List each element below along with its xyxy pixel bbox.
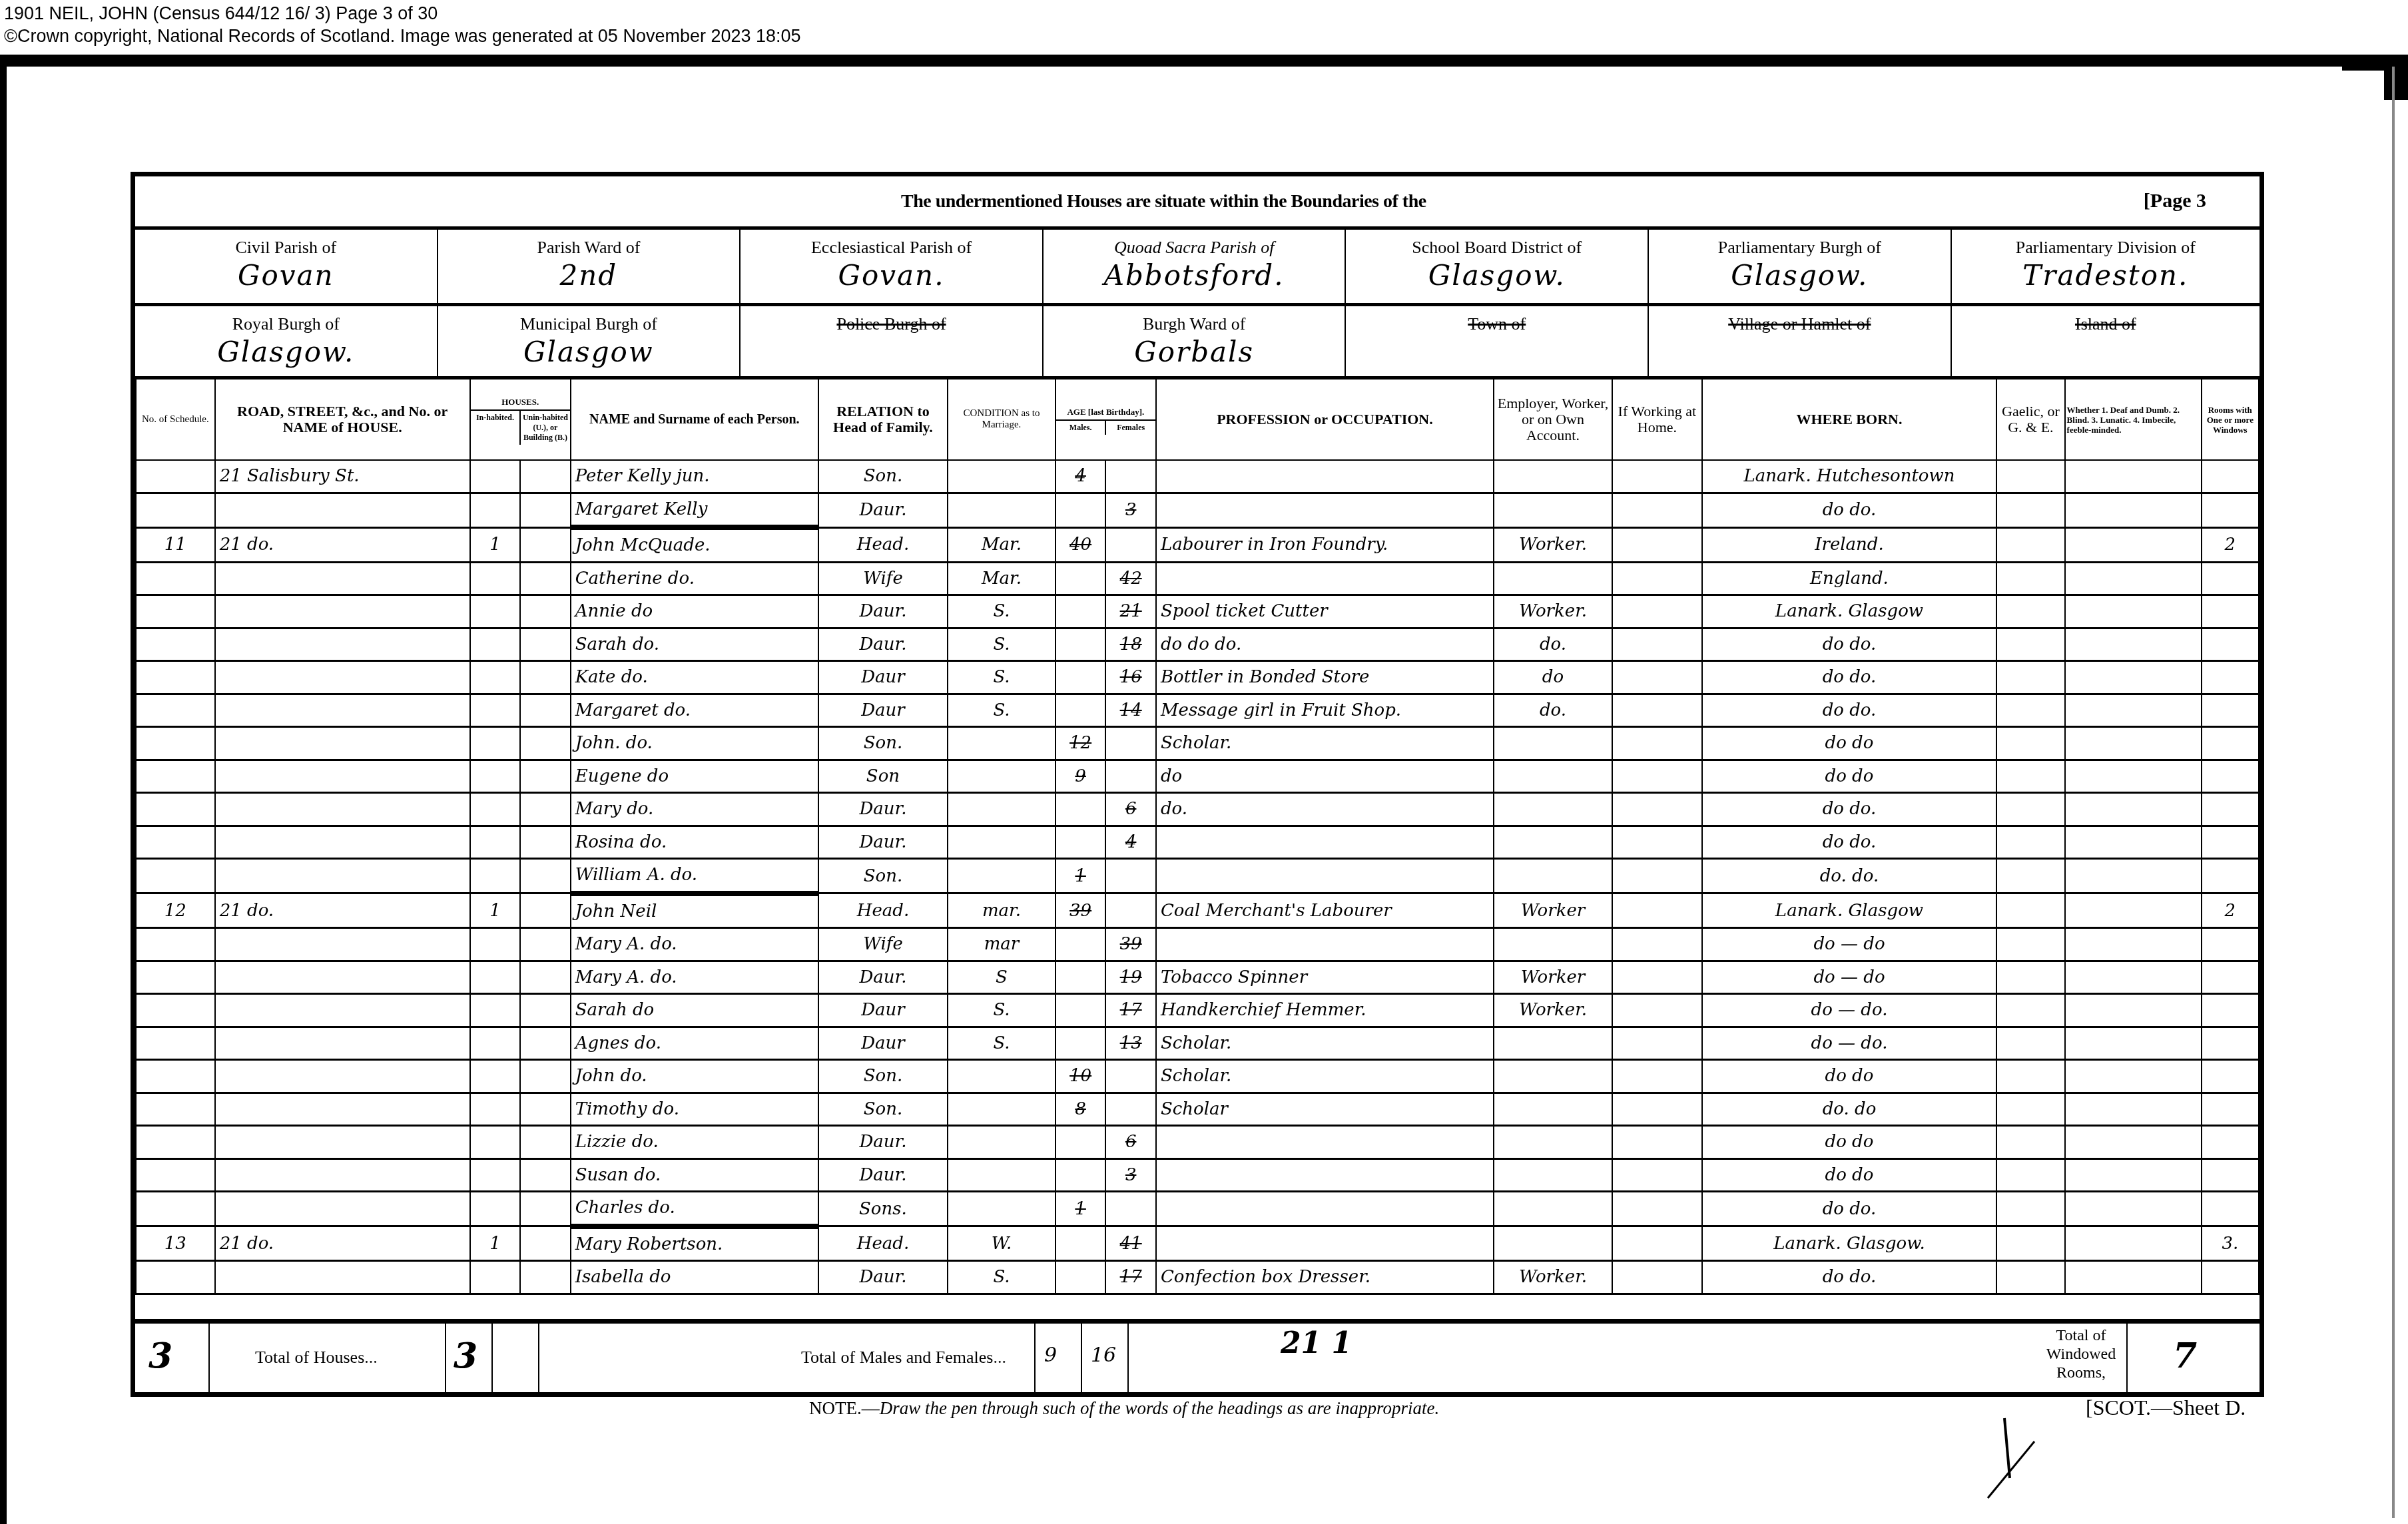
cell-occupation	[1156, 1158, 1494, 1192]
table-row: Margaret do.DaurS.14Message girl in Frui…	[136, 694, 2259, 727]
cell-gaelic	[1996, 961, 2064, 994]
cell-road	[215, 1126, 470, 1159]
cell-occupation: Handkerchief Hemmer.	[1156, 994, 1494, 1027]
cell-relation: Wife	[818, 928, 948, 961]
cell-schedule	[136, 793, 215, 826]
cell-schedule	[136, 961, 215, 994]
cell-condition: mar	[948, 928, 1055, 961]
scan-corner-mark-2	[2384, 67, 2408, 100]
cell-rooms: 2	[2202, 527, 2259, 562]
sheet-title: The undermentioned Houses are situate wi…	[901, 191, 1426, 212]
cell-relation: Daur.	[818, 595, 948, 629]
cell-where-born: do do.	[1702, 661, 1996, 694]
cell-schedule	[136, 1192, 215, 1226]
cell-uninhabited	[520, 893, 571, 928]
cell-employer	[1494, 928, 1612, 961]
cell-occupation: Labourer in Iron Foundry.	[1156, 527, 1494, 562]
cell-schedule	[136, 1126, 215, 1159]
cell-infirmity	[2065, 1093, 2202, 1126]
cell-uninhabited	[520, 1158, 571, 1192]
cell-age-male	[1055, 994, 1106, 1027]
cell-road: 21 do.	[215, 527, 470, 562]
cell-gaelic	[1996, 1261, 2064, 1294]
cell-uninhabited	[520, 826, 571, 859]
table-row: Mary A. do.Wifemar39do — do	[136, 928, 2259, 961]
cell-infirmity	[2065, 1226, 2202, 1261]
cell-name: Charles do.	[571, 1192, 818, 1226]
cell-occupation: Bottler in Bonded Store	[1156, 661, 1494, 694]
table-row: Mary do.Daur.6do.do do.	[136, 793, 2259, 826]
cell-name: John do.	[571, 1060, 818, 1093]
cell-schedule	[136, 628, 215, 661]
table-row: Mary A. do.Daur.S19Tobacco SpinnerWorker…	[136, 961, 2259, 994]
cell-inhabited	[470, 760, 521, 793]
cell-where-born: Ireland.	[1702, 527, 1996, 562]
cell-relation: Son.	[818, 1060, 948, 1093]
cell-gaelic	[1996, 1192, 2064, 1226]
cell-where-born: do do.	[1702, 1261, 1996, 1294]
cell-infirmity	[2065, 493, 2202, 527]
table-row: John do.Son.10Scholar.do do	[136, 1060, 2259, 1093]
boundary-value: 2nd	[438, 259, 740, 292]
cell-uninhabited	[520, 1126, 571, 1159]
col-where-born: WHERE BORN.	[1702, 380, 1996, 460]
cell-road	[215, 1261, 470, 1294]
cell-schedule	[136, 1093, 215, 1126]
cell-schedule	[136, 928, 215, 961]
boundary-value: Glasgow.	[135, 336, 437, 368]
cell-working-home	[1612, 793, 1702, 826]
cell-uninhabited	[520, 694, 571, 727]
cell-condition	[948, 1060, 1055, 1093]
table-row: 21 Salisbury St.Peter Kelly jun.Son.4Lan…	[136, 460, 2259, 493]
cell-rooms	[2202, 793, 2259, 826]
census-sheet: The undermentioned Houses are situate wi…	[131, 172, 2264, 1397]
cell-age-male	[1055, 694, 1106, 727]
cell-occupation: Coal Merchant's Labourer	[1156, 893, 1494, 928]
col-females: Females	[1106, 421, 1155, 435]
cell-relation: Son.	[818, 859, 948, 893]
boundary-value: Glasgow.	[1649, 259, 1951, 292]
cell-gaelic	[1996, 460, 2064, 493]
cell-where-born: Lanark. Hutchesontown	[1702, 460, 1996, 493]
col-schedule: No. of Schedule.	[136, 380, 215, 460]
boundary-label: Parliamentary Division of	[1952, 230, 2259, 258]
boundary-island-of: Island of	[1952, 306, 2259, 376]
cell-uninhabited	[520, 1261, 571, 1294]
cell-age-male	[1055, 661, 1106, 694]
col-uninhabited: Unin-habited (U.), or Building (B.)	[521, 411, 570, 445]
cell-road	[215, 994, 470, 1027]
cell-occupation: Spool ticket Cutter	[1156, 595, 1494, 629]
cell-road: 21 do.	[215, 1226, 470, 1261]
cell-where-born: do — do	[1702, 928, 1996, 961]
total-persons-annotation: 21 1	[1281, 1326, 1352, 1360]
cell-condition: mar.	[948, 893, 1055, 928]
cell-uninhabited	[520, 527, 571, 562]
cell-where-born: Lanark. Glasgow	[1702, 893, 1996, 928]
cell-name: John. do.	[571, 727, 818, 760]
cell-condition	[948, 1126, 1055, 1159]
cell-relation: Head.	[818, 893, 948, 928]
cell-inhabited	[470, 595, 521, 629]
table-row: Catherine do.WifeMar.42England.	[136, 562, 2259, 595]
cell-where-born: do do	[1702, 760, 1996, 793]
cell-relation: Daur.	[818, 1158, 948, 1192]
cell-age-male	[1055, 562, 1106, 595]
cell-working-home	[1612, 859, 1702, 893]
cell-inhabited	[470, 859, 521, 893]
cell-working-home	[1612, 1192, 1702, 1226]
scan-border-left	[0, 67, 7, 1524]
cell-condition	[948, 793, 1055, 826]
cell-working-home	[1612, 760, 1702, 793]
cell-rooms	[2202, 562, 2259, 595]
cell-name: Susan do.	[571, 1158, 818, 1192]
cell-schedule	[136, 493, 215, 527]
cell-where-born: England.	[1702, 562, 1996, 595]
boundary-label: Quoad Sacra Parish of	[1044, 230, 1345, 258]
total-rooms-label: Total of Windowed Rooms,	[2041, 1326, 2121, 1382]
cell-road	[215, 760, 470, 793]
cell-age-male	[1055, 1226, 1106, 1261]
boundary-value: Glasgow.	[1346, 259, 1648, 292]
cell-name: William A. do.	[571, 859, 818, 893]
cell-infirmity	[2065, 1126, 2202, 1159]
cell-uninhabited	[520, 1027, 571, 1060]
cell-infirmity	[2065, 994, 2202, 1027]
cell-name: Sarah do.	[571, 628, 818, 661]
boundary-royal-burgh-of: Royal Burgh ofGlasgow.	[135, 306, 438, 376]
table-row: Eugene doSon9dodo do	[136, 760, 2259, 793]
scan-border-right	[2392, 67, 2395, 1518]
table-row: Isabella doDaur.S.17Confection box Dress…	[136, 1261, 2259, 1294]
cell-rooms	[2202, 1261, 2259, 1294]
total-houses: 3	[453, 1336, 477, 1376]
cell-age-male: 12	[1055, 727, 1106, 760]
cell-uninhabited	[520, 928, 571, 961]
cell-working-home	[1612, 661, 1702, 694]
cell-working-home	[1612, 1093, 1702, 1126]
cell-infirmity	[2065, 961, 2202, 994]
cell-gaelic	[1996, 928, 2064, 961]
cell-age-female	[1105, 460, 1156, 493]
cell-name: Rosina do.	[571, 826, 818, 859]
cell-gaelic	[1996, 1158, 2064, 1192]
table-row: 1121 do.1John McQuade.Head.Mar.40Laboure…	[136, 527, 2259, 562]
cell-schedule	[136, 826, 215, 859]
cell-where-born: do do.	[1702, 793, 1996, 826]
cell-age-female	[1105, 1093, 1156, 1126]
cell-rooms	[2202, 1126, 2259, 1159]
cell-age-female	[1105, 760, 1156, 793]
cell-relation: Wife	[818, 562, 948, 595]
cell-employer	[1494, 859, 1612, 893]
cell-employer	[1494, 1027, 1612, 1060]
cell-age-female: 6	[1105, 1126, 1156, 1159]
cell-age-female: 16	[1105, 661, 1156, 694]
cell-gaelic	[1996, 793, 2064, 826]
cell-schedule	[136, 1261, 215, 1294]
cell-occupation: do do do.	[1156, 628, 1494, 661]
cell-where-born: do — do.	[1702, 994, 1996, 1027]
cell-rooms: 2	[2202, 893, 2259, 928]
cell-age-female	[1105, 527, 1156, 562]
cell-working-home	[1612, 1060, 1702, 1093]
cell-rooms	[2202, 928, 2259, 961]
cell-condition: S.	[948, 595, 1055, 629]
scan-border-top	[0, 55, 2408, 67]
cell-rooms	[2202, 694, 2259, 727]
totals-row: 3 Total of Houses... 3 Total of Males an…	[135, 1319, 2259, 1392]
sheet-reference: [SCOT.—Sheet D.	[2086, 1396, 2246, 1420]
cell-road: 21 Salisbury St.	[215, 460, 470, 493]
cell-rooms	[2202, 1060, 2259, 1093]
cell-occupation: Confection box Dresser.	[1156, 1261, 1494, 1294]
cell-schedule	[136, 595, 215, 629]
boundary-value: Glasgow	[438, 336, 740, 368]
cell-condition	[948, 1192, 1055, 1226]
cell-uninhabited	[520, 1093, 571, 1126]
cell-occupation	[1156, 562, 1494, 595]
cell-where-born: do — do.	[1702, 1027, 1996, 1060]
cell-schedule: 13	[136, 1226, 215, 1261]
cell-relation: Son.	[818, 727, 948, 760]
cell-inhabited: 1	[470, 893, 521, 928]
cell-inhabited	[470, 1060, 521, 1093]
cell-infirmity	[2065, 928, 2202, 961]
cell-name: Lizzie do.	[571, 1126, 818, 1159]
cell-infirmity	[2065, 694, 2202, 727]
table-row: John. do.Son.12Scholar.do do	[136, 727, 2259, 760]
boundary-quoad-sacra-parish-of: Quoad Sacra Parish ofAbbotsford.	[1044, 230, 1347, 303]
cell-employer	[1494, 562, 1612, 595]
cell-infirmity	[2065, 727, 2202, 760]
cell-condition: S.	[948, 628, 1055, 661]
cell-age-female: 17	[1105, 1261, 1156, 1294]
pen-cross-mark-icon	[1984, 1415, 2044, 1501]
col-houses: HOUSES. In-habited.Unin-habited (U.), or…	[470, 380, 571, 460]
cell-condition: S.	[948, 1027, 1055, 1060]
cell-age-female: 18	[1105, 628, 1156, 661]
cell-road	[215, 1192, 470, 1226]
boundary-label: Parish Ward of	[438, 230, 740, 258]
cell-where-born: do do.	[1702, 628, 1996, 661]
cell-rooms	[2202, 994, 2259, 1027]
col-relation: RELATION to Head of Family.	[818, 380, 948, 460]
cell-infirmity	[2065, 760, 2202, 793]
cell-age-male	[1055, 961, 1106, 994]
cell-age-female: 13	[1105, 1027, 1156, 1060]
cell-schedule	[136, 1027, 215, 1060]
cell-inhabited	[470, 826, 521, 859]
cell-relation: Daur.	[818, 793, 948, 826]
cell-road	[215, 1093, 470, 1126]
cell-occupation: Message girl in Fruit Shop.	[1156, 694, 1494, 727]
cell-schedule	[136, 661, 215, 694]
cell-road	[215, 493, 470, 527]
cell-occupation: Scholar.	[1156, 727, 1494, 760]
cell-age-female: 39	[1105, 928, 1156, 961]
cell-name: Timothy do.	[571, 1093, 818, 1126]
cell-age-male	[1055, 928, 1106, 961]
cell-working-home	[1612, 628, 1702, 661]
cell-rooms	[2202, 859, 2259, 893]
table-row: Lizzie do.Daur.6do do	[136, 1126, 2259, 1159]
sheet-titlebar: The undermentioned Houses are situate wi…	[135, 176, 2259, 230]
cell-schedule	[136, 727, 215, 760]
cell-employer	[1494, 727, 1612, 760]
boundary-value: Tradeston.	[1952, 259, 2259, 292]
cell-gaelic	[1996, 1226, 2064, 1261]
cell-age-male: 39	[1055, 893, 1106, 928]
cell-occupation	[1156, 859, 1494, 893]
cell-relation: Daur	[818, 694, 948, 727]
cell-rooms	[2202, 1158, 2259, 1192]
cell-inhabited	[470, 1093, 521, 1126]
cell-road	[215, 1027, 470, 1060]
table-row: Margaret KellyDaur.3do do.	[136, 493, 2259, 527]
cell-relation: Son.	[818, 460, 948, 493]
cell-employer: do.	[1494, 628, 1612, 661]
cell-infirmity	[2065, 1158, 2202, 1192]
cell-condition: W.	[948, 1226, 1055, 1261]
cell-schedule	[136, 760, 215, 793]
cell-working-home	[1612, 493, 1702, 527]
cell-uninhabited	[520, 994, 571, 1027]
cell-age-male: 1	[1055, 1192, 1106, 1226]
cell-occupation: Scholar.	[1156, 1060, 1494, 1093]
col-gaelic: Gaelic, or G. & E.	[1996, 380, 2064, 460]
col-working-home: If Working at Home.	[1612, 380, 1702, 460]
cell-gaelic	[1996, 694, 2064, 727]
cell-infirmity	[2065, 595, 2202, 629]
table-row: Agnes do.DaurS.13Scholar.do — do.	[136, 1027, 2259, 1060]
cell-schedule	[136, 562, 215, 595]
cell-relation: Daur	[818, 661, 948, 694]
cell-gaelic	[1996, 1093, 2064, 1126]
cell-where-born: do do.	[1702, 826, 1996, 859]
cell-schedule	[136, 1158, 215, 1192]
cell-name: Kate do.	[571, 661, 818, 694]
cell-age-female	[1105, 1060, 1156, 1093]
cell-occupation: do.	[1156, 793, 1494, 826]
boundary-label: Village or Hamlet of	[1649, 306, 1951, 334]
cell-inhabited	[470, 493, 521, 527]
cell-where-born: do do.	[1702, 1192, 1996, 1226]
cell-working-home	[1612, 928, 1702, 961]
cell-inhabited	[470, 1261, 521, 1294]
cell-name: Mary A. do.	[571, 928, 818, 961]
cell-age-female: 4	[1105, 826, 1156, 859]
boundary-label: Municipal Burgh of	[438, 306, 740, 334]
cell-where-born: do. do	[1702, 1093, 1996, 1126]
cell-age-female	[1105, 1192, 1156, 1226]
cell-schedule	[136, 460, 215, 493]
cell-age-female: 6	[1105, 793, 1156, 826]
cell-working-home	[1612, 595, 1702, 629]
cell-gaelic	[1996, 595, 2064, 629]
boundary-village-or-hamlet-of: Village or Hamlet of	[1649, 306, 1952, 376]
boundary-label: Town of	[1346, 306, 1648, 334]
cell-rooms	[2202, 1192, 2259, 1226]
col-condition: CONDITION as to Marriage.	[948, 380, 1055, 460]
total-houses-label: Total of Houses...	[255, 1348, 378, 1368]
cell-where-born: do. do.	[1702, 859, 1996, 893]
cell-where-born: do do	[1702, 1158, 1996, 1192]
table-row: Charles do.Sons.1do do.	[136, 1192, 2259, 1226]
cell-infirmity	[2065, 527, 2202, 562]
cell-gaelic	[1996, 826, 2064, 859]
col-age: AGE [last Birthday]. Males.Females	[1055, 380, 1156, 460]
cell-occupation	[1156, 1226, 1494, 1261]
table-header-row: No. of Schedule. ROAD, STREET, &c., and …	[136, 380, 2259, 460]
cell-condition	[948, 460, 1055, 493]
cell-age-male	[1055, 1126, 1106, 1159]
cell-relation: Son.	[818, 1093, 948, 1126]
cell-gaelic	[1996, 893, 2064, 928]
cell-name: Mary A. do.	[571, 961, 818, 994]
boundary-parish-ward-of: Parish Ward of2nd	[438, 230, 741, 303]
cell-employer	[1494, 1226, 1612, 1261]
cell-name: John McQuade.	[571, 527, 818, 562]
cell-condition: S	[948, 961, 1055, 994]
cell-condition	[948, 1093, 1055, 1126]
cell-infirmity	[2065, 859, 2202, 893]
cell-schedule: 12	[136, 893, 215, 928]
cell-schedule	[136, 694, 215, 727]
cell-working-home	[1612, 562, 1702, 595]
cell-occupation	[1156, 493, 1494, 527]
cell-inhabited	[470, 562, 521, 595]
cell-inhabited	[470, 994, 521, 1027]
cell-occupation: Scholar	[1156, 1093, 1494, 1126]
cell-age-female: 19	[1105, 961, 1156, 994]
cell-uninhabited	[520, 562, 571, 595]
boundary-label: Police Burgh of	[741, 306, 1042, 334]
cell-age-male	[1055, 826, 1106, 859]
cell-employer	[1494, 460, 1612, 493]
table-row: Susan do.Daur.3do do	[136, 1158, 2259, 1192]
cell-working-home	[1612, 1126, 1702, 1159]
cell-age-male: 4	[1055, 460, 1106, 493]
col-infirmity: Whether 1. Deaf and Dumb. 2. Blind. 3. L…	[2065, 380, 2202, 460]
cell-schedule: 11	[136, 527, 215, 562]
cell-condition: Mar.	[948, 527, 1055, 562]
cell-gaelic	[1996, 1126, 2064, 1159]
cell-rooms	[2202, 661, 2259, 694]
cell-working-home	[1612, 727, 1702, 760]
cell-employer: Worker.	[1494, 994, 1612, 1027]
cell-employer	[1494, 493, 1612, 527]
cell-schedule	[136, 859, 215, 893]
cell-uninhabited	[520, 760, 571, 793]
cell-schedule	[136, 994, 215, 1027]
cell-uninhabited	[520, 1192, 571, 1226]
boundary-label: Parliamentary Burgh of	[1649, 230, 1951, 258]
cell-occupation	[1156, 928, 1494, 961]
cell-inhabited	[470, 460, 521, 493]
cell-inhabited	[470, 694, 521, 727]
cell-name: Mary Robertson.	[571, 1226, 818, 1261]
footnote: NOTE.—Draw the pen through such of the w…	[809, 1398, 1439, 1419]
cell-uninhabited	[520, 460, 571, 493]
cell-name: John Neil	[571, 893, 818, 928]
cell-road	[215, 793, 470, 826]
cell-condition: Mar.	[948, 562, 1055, 595]
cell-name: Margaret Kelly	[571, 493, 818, 527]
cell-rooms: 3.	[2202, 1226, 2259, 1261]
